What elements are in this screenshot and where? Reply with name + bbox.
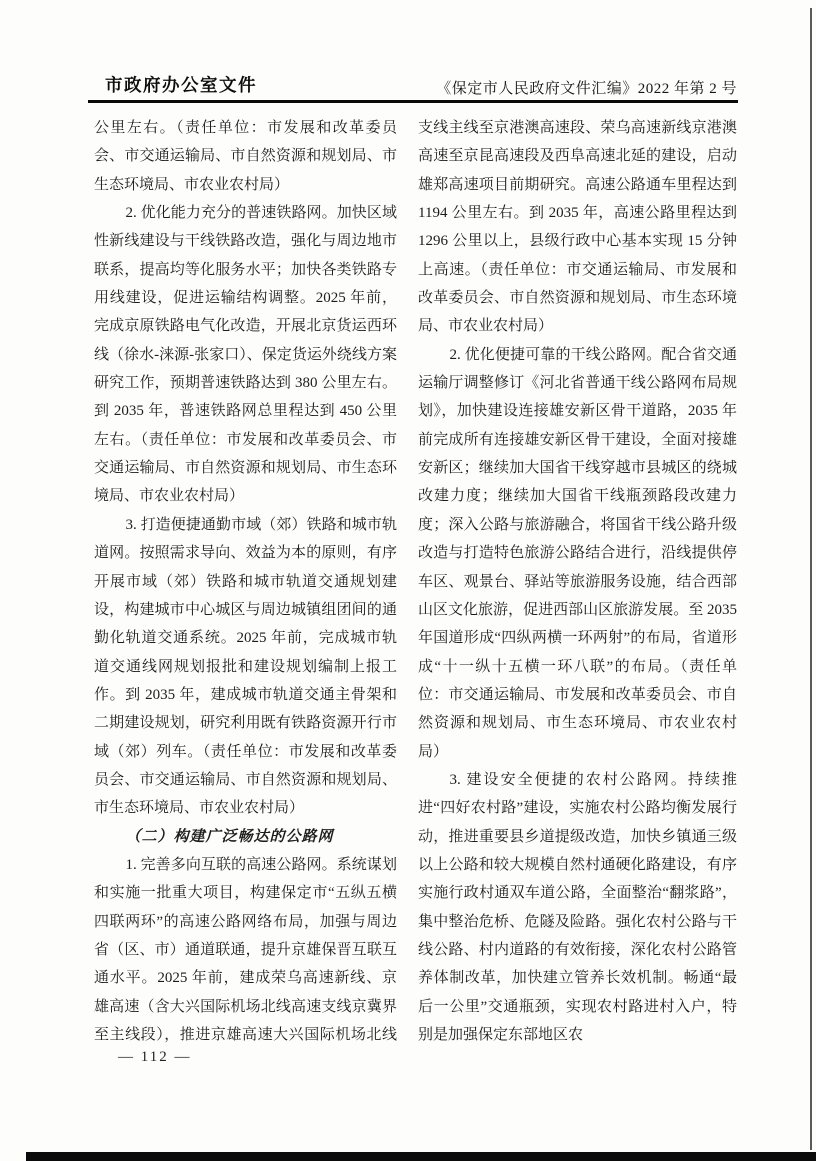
- page-number: — 112 —: [118, 1049, 191, 1066]
- header-doc-category: 市政府办公室文件: [105, 72, 257, 97]
- section-heading-highway-network: （二）构建广泛畅达的公路网: [94, 823, 397, 851]
- scan-edge-bottom: [26, 1152, 816, 1161]
- scan-edge-right: [810, 8, 812, 1150]
- paragraph-expressway-continuation: 支线主线至京港澳高速段、荣乌高速新线京港澳高速至京昆高速段及西阜高速北延的建设，…: [418, 114, 737, 341]
- left-column: 公里左右。（责任单位：市发展和改革委员会、市交通运输局、市自然资源和规划局、市生…: [94, 114, 397, 1054]
- paragraph-item-1-expressway: 1. 完善多向互联的高速公路网。系统谋划和实施一批重大项目，构建保定市“五纵五横…: [94, 851, 397, 1054]
- right-column: 支线主线至京港澳高速段、荣乌高速新线京港澳高速至京昆高速段及西阜高速北延的建设，…: [418, 114, 737, 1054]
- paragraph-item-2-trunk-road: 2. 优化便捷可靠的干线公路网。配合省交通运输厅调整修订《河北省普通干线公路网布…: [418, 341, 737, 766]
- paragraph-continuation: 公里左右。（责任单位：市发展和改革委员会、市交通运输局、市自然资源和规划局、市生…: [94, 114, 397, 199]
- paragraph-item-3-rural-road: 3. 建设安全便捷的农村公路网。持续推进“四好农村路”建设，实施农村公路均衡发展…: [418, 766, 737, 1049]
- header-divider: [88, 100, 738, 103]
- paragraph-item-2-railway: 2. 优化能力充分的普速铁路网。加快区域性新线建设与干线铁路改造，强化与周边地市…: [94, 199, 397, 511]
- document-page: 市政府办公室文件 《保定市人民政府文件汇编》2022 年第 2 号 公里左右。（…: [0, 0, 816, 1161]
- paragraph-item-3-metro: 3. 打造便捷通勤市域（郊）铁路和城市轨道网。按照需求导向、效益为本的原则，有序…: [94, 511, 397, 823]
- header-compilation-title: 《保定市人民政府文件汇编》2022 年第 2 号: [436, 77, 737, 98]
